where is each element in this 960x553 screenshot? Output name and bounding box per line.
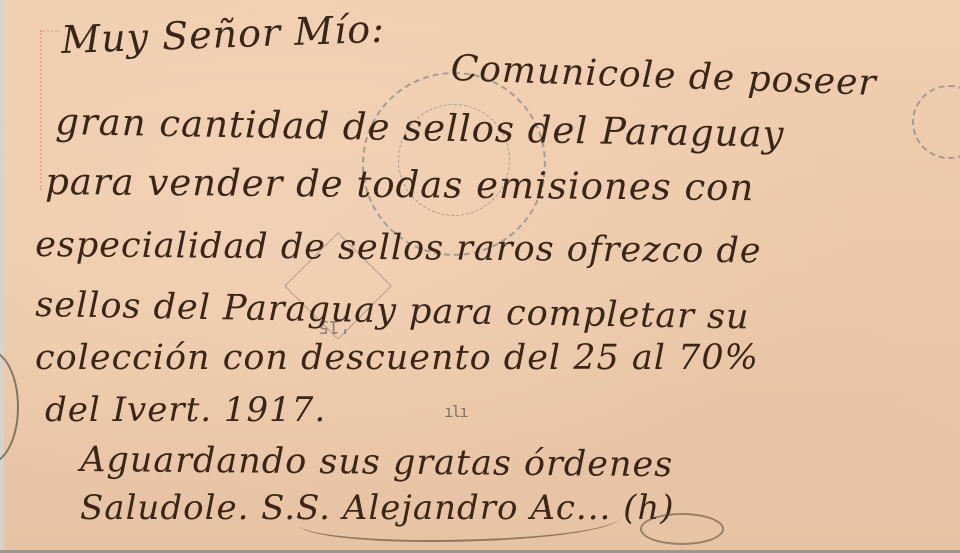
faded-red-border [40,30,44,190]
salutation-line: Muy Señor Mío: [60,7,385,62]
ink-mark: ılı [444,402,467,421]
left-edge-postmark-icon [0,350,19,464]
partial-postmark-icon [912,85,960,159]
postcard: '15 ılı Muy Señor Mío: Comunicole de pos… [0,0,960,553]
text-line-7: del Ivert. 1917. [45,390,326,430]
signature-flourish [300,500,620,542]
text-line-2: gran cantidad de sellos del Paraguay [55,100,785,156]
text-line-5: sellos del Paraguay para completar su [35,285,750,337]
text-line-3: para vender de todas emisiones con [45,160,754,209]
signature-rubric [640,513,724,545]
text-line-6: colección con descuento del 25 al 70% [35,338,759,378]
card-left-edge [0,0,4,553]
faded-red-border-top [40,30,60,34]
closing-line: Aguardando sus gratas órdenes [80,440,673,485]
text-line-4: especialidad de sellos raros ofrezco de [35,225,762,271]
